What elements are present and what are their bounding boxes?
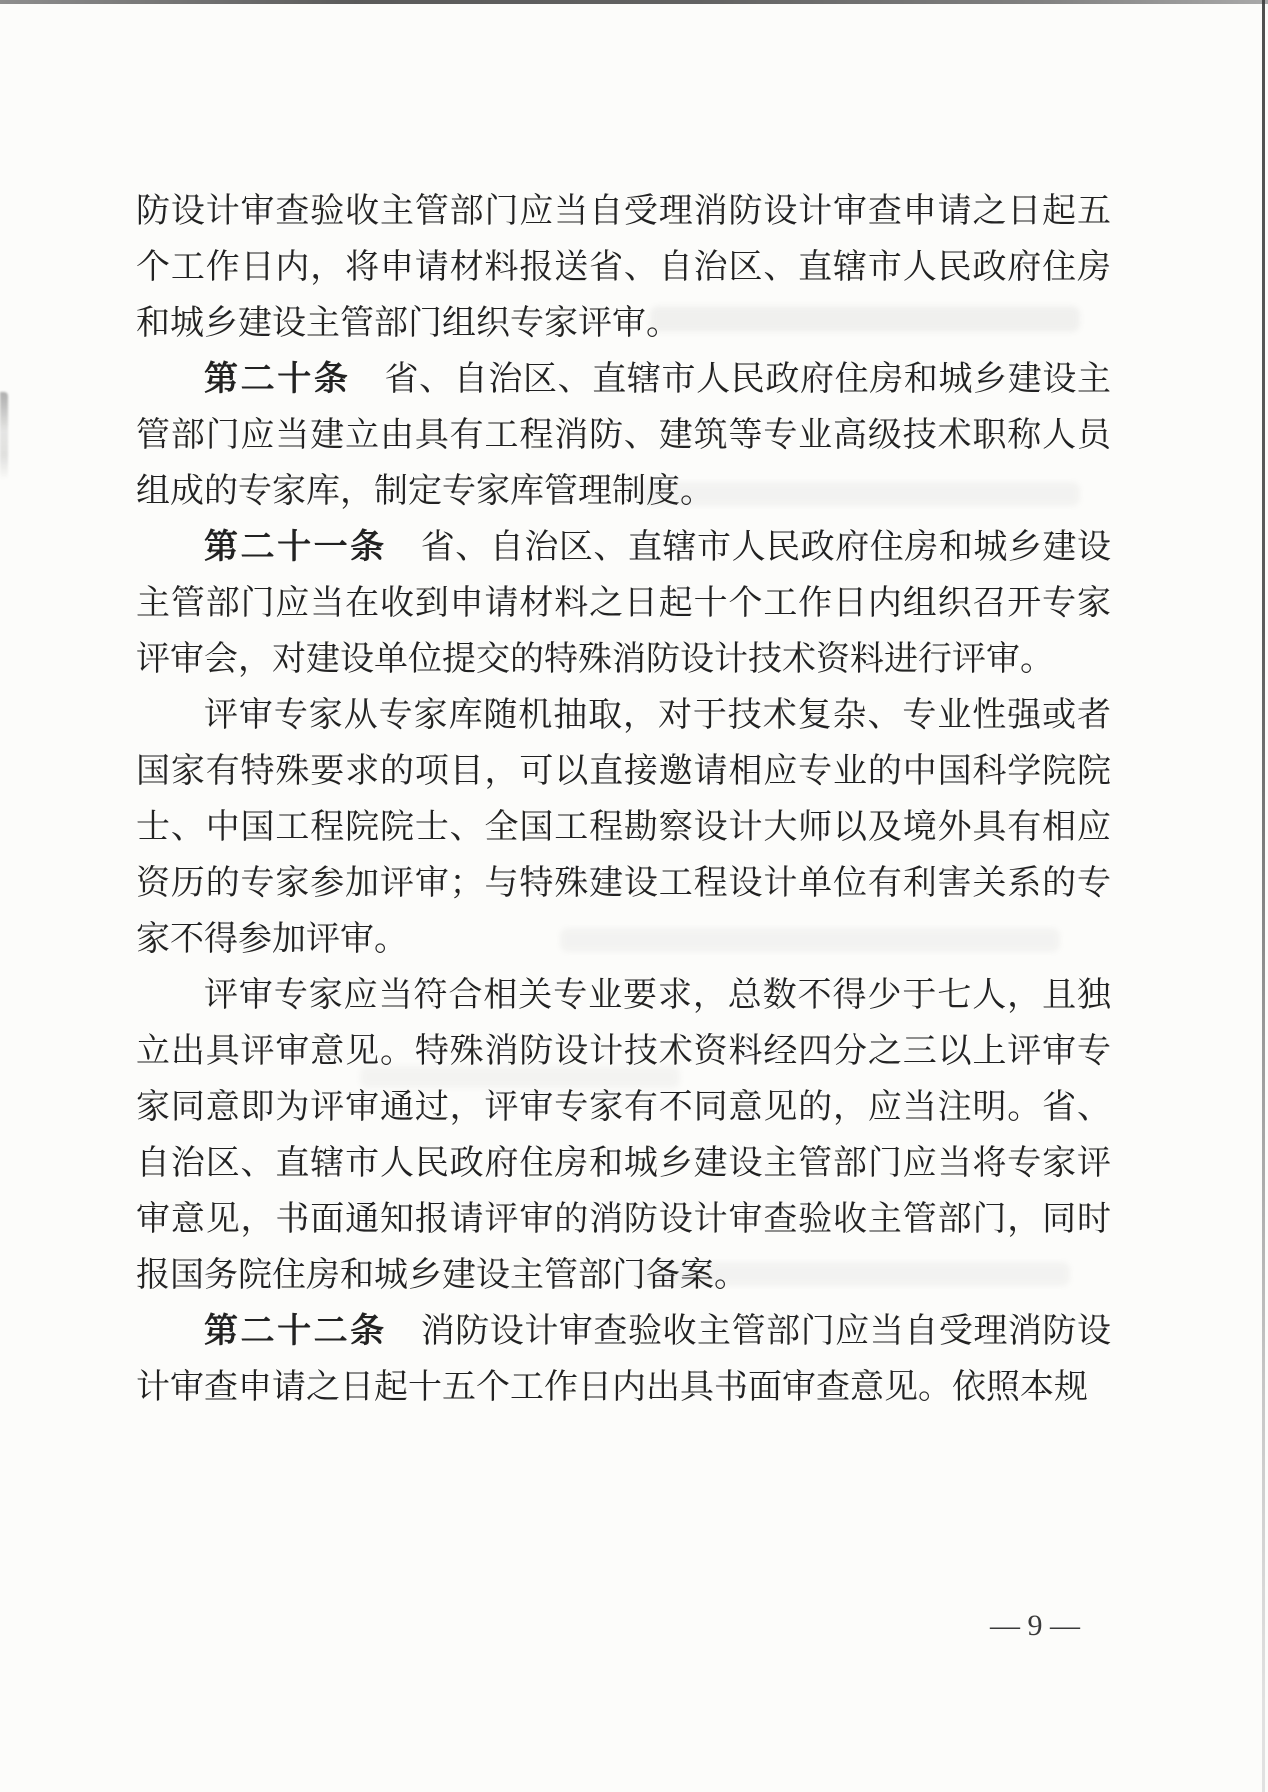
article-number: 第二十二条 <box>204 1313 387 1350</box>
paragraph: 第二十一条省、自治区、直辖市人民政府住房和城乡建设主管部门应当在收到申请材料之日… <box>136 520 1111 688</box>
scan-top-edge-artifact <box>0 0 1268 4</box>
paragraph: 评审专家从专家库随机抽取，对于技术复杂、专业性强或者国家有特殊要求的项目，可以直… <box>136 688 1111 968</box>
paragraph-text: 评审专家应当符合相关专业要求，总数不得少于七人，且独立出具评审意见。特殊消防设计… <box>136 977 1111 1294</box>
scan-right-edge-artifact <box>1262 0 1265 1792</box>
paragraph: 评审专家应当符合相关专业要求，总数不得少于七人，且独立出具评审意见。特殊消防设计… <box>136 968 1111 1304</box>
scanned-document-page: 防设计审查验收主管部门应当自受理消防设计审查申请之日起五个工作日内，将申请材料报… <box>0 0 1268 1792</box>
paragraph: 第二十条省、自治区、直辖市人民政府住房和城乡建设主管部门应当建立由具有工程消防、… <box>136 352 1111 520</box>
page-number: — 9 — <box>975 1604 1095 1648</box>
paragraph-text: 评审专家从专家库随机抽取，对于技术复杂、专业性强或者国家有特殊要求的项目，可以直… <box>136 697 1111 958</box>
paragraph: 防设计审查验收主管部门应当自受理消防设计审查申请之日起五个工作日内，将申请材料报… <box>136 184 1111 352</box>
paragraph-text: 防设计审查验收主管部门应当自受理消防设计审查申请之日起五个工作日内，将申请材料报… <box>136 193 1111 342</box>
document-body: 防设计审查验收主管部门应当自受理消防设计审查申请之日起五个工作日内，将申请材料报… <box>136 184 1111 1416</box>
scan-left-smudge-artifact <box>0 392 8 480</box>
article-number: 第二十一条 <box>204 529 387 566</box>
paragraph: 第二十二条消防设计审查验收主管部门应当自受理消防设计审查申请之日起十五个工作日内… <box>136 1304 1111 1416</box>
article-number: 第二十条 <box>204 361 351 398</box>
